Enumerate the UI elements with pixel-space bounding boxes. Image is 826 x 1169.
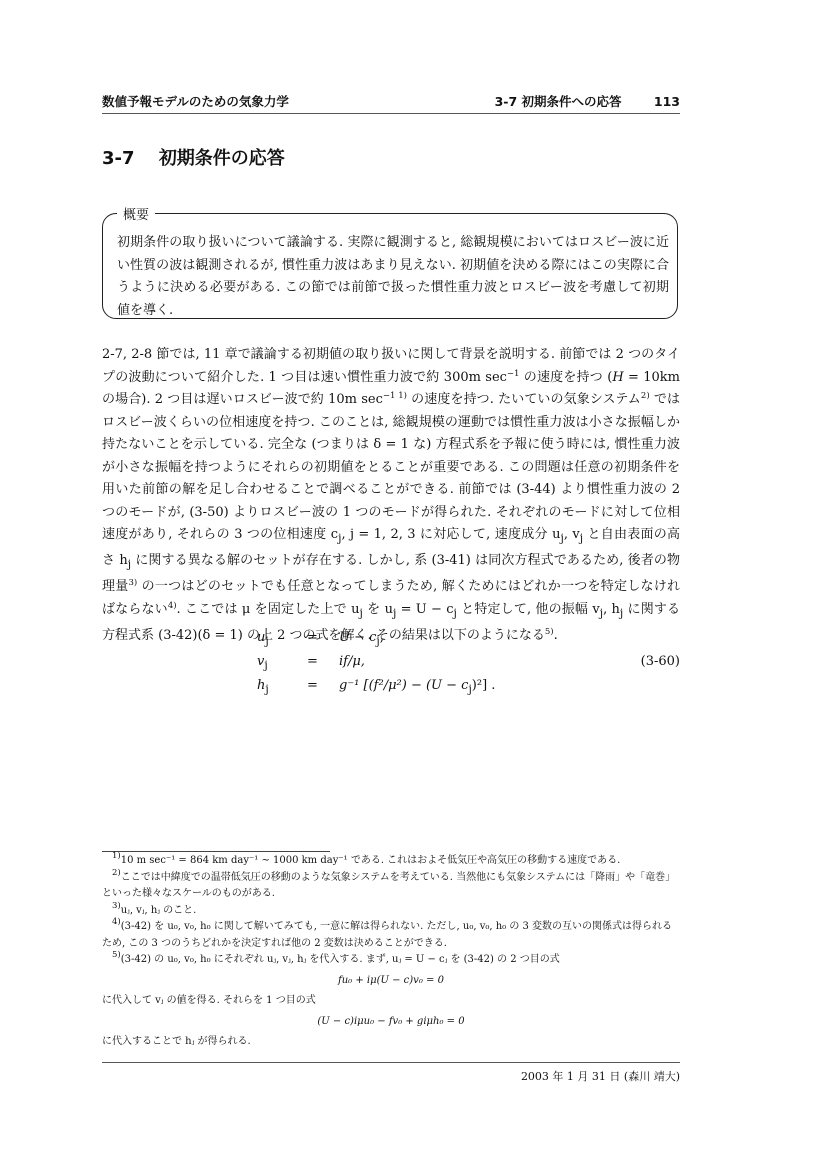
math-expression: (U − c)iμu₀ − fv₀ + giμh₀ = 0 [317, 1016, 464, 1027]
footnote-3: 3)uⱼ, vⱼ, hⱼ のこと. [102, 903, 680, 920]
footnote-text: 10 m sec⁻¹ = 864 km day⁻¹ ∼ 1000 km day⁻… [121, 855, 621, 866]
equation-row: hj = g⁻¹ [(f²/μ²) − (U − cj)²] . [102, 678, 680, 702]
footnote-mark-1[interactable]: −1 1) [383, 391, 407, 401]
footer-date: 2003 年 1 月 31 日 (森川 靖大) [521, 1068, 680, 1084]
footnotes: 1)10 m sec⁻¹ = 864 km day⁻¹ ∼ 1000 km da… [102, 853, 680, 1051]
footnote-equation-2: (U − c)iμu₀ − fv₀ + giμh₀ = 0 [102, 1014, 680, 1031]
footnote-mark-4[interactable]: 4) [168, 601, 177, 611]
header-rule [102, 113, 680, 114]
math-expression: if/μ, [339, 654, 365, 669]
equation-lhs: uj [257, 630, 297, 648]
math-expression: g⁻¹ [(f²/μ²) − (U − c [339, 678, 468, 693]
footnote-text: uⱼ, vⱼ, hⱼ のこと. [121, 905, 197, 916]
page-number: 113 [654, 94, 680, 109]
section-number: 3-7 [102, 148, 135, 169]
equation-row: vj = if/μ, (3-60) [102, 654, 680, 678]
text-run: , h [603, 602, 620, 617]
footnote-continuation: に代入することで hⱼ が得られる. [102, 1034, 680, 1051]
equation-rhs: g⁻¹ [(f²/μ²) − (U − cj)²] . [339, 678, 495, 696]
footnote-continuation: に代入して vⱼ の値を得る. それらを 1 つ目の式 [102, 993, 680, 1010]
math-symbol: H [612, 370, 623, 385]
footnote-2: 2)ここでは中緯度での温帯低気圧の移動のような気象システムを考えている. 当然他… [102, 870, 680, 903]
footer-rule [102, 1062, 680, 1063]
section-title: 初期条件の応答 [159, 148, 285, 169]
book-title: 数値予報モデルのための気象力学 [102, 92, 289, 110]
section-heading: 3-7 初期条件の応答 [102, 144, 285, 170]
footnote-rule [102, 851, 330, 852]
equation-row: uj = U − cj, [102, 630, 680, 654]
footnote-4: 4)(3-42) を u₀, v₀, h₀ に関して解いてみても, 一意に解は得… [102, 919, 680, 952]
equation-number: (3-60) [641, 654, 680, 669]
footnote-text: (3-42) を u₀, v₀, h₀ に関して解いてみても, 一意に解は得られ… [102, 921, 672, 949]
footnote-number: 4) [112, 917, 121, 927]
text-run: . ここでは μ を固定した上で u [177, 602, 360, 617]
body-paragraph: 2-7, 2-8 節では, 11 章で議論する初期値の取り扱いに関して背景を説明… [102, 344, 680, 647]
equals-sign: = [307, 630, 318, 645]
section-reference: 3-7 初期条件への応答 [495, 94, 622, 109]
footnote-number: 1) [112, 851, 121, 861]
footnote-number: 2) [112, 868, 121, 878]
text-run: , v [564, 527, 580, 542]
running-head-right: 3-7 初期条件への応答 113 [495, 92, 680, 110]
equation-lhs: hj [257, 678, 297, 696]
superscript: −1 [507, 369, 520, 379]
equation-rhs: if/μ, [339, 654, 365, 669]
footnote-text: (3-42) の u₀, v₀, h₀ にそれぞれ uⱼ, vⱼ, hⱼ を代入… [121, 954, 560, 965]
abstract-text: 初期条件の取り扱いについて議論する. 実際に観測すると, 総観規模においてはロス… [117, 232, 669, 322]
footnote-equation-1: fu₀ + iμ(U − c)v₀ = 0 [102, 973, 680, 990]
math-expression: fu₀ + iμ(U − c)v₀ = 0 [338, 975, 444, 986]
text-run: )²] . [472, 678, 496, 693]
subscript: j [265, 683, 268, 696]
equation-lhs: vj [257, 654, 297, 672]
footnote-5: 5)(3-42) の u₀, v₀, h₀ にそれぞれ uⱼ, vⱼ, hⱼ を… [102, 952, 680, 969]
footnote-number: 5) [112, 950, 121, 960]
footnote-text: ここでは中緯度での温帯低気圧の移動のような気象システムを考えている. 当然他にも… [102, 872, 675, 900]
text-run: ではロスビー波くらいの位相速度を持つ. このことは, 総観規模の運動では慣性重力… [102, 392, 680, 542]
footnote-1: 1)10 m sec⁻¹ = 864 km day⁻¹ ∼ 1000 km da… [102, 853, 680, 870]
equation-rhs: U − cj, [339, 630, 384, 648]
abstract-label: 概要 [117, 204, 155, 223]
equals-sign: = [307, 654, 318, 669]
math-expression: U − c [339, 630, 376, 645]
equation-3-60: uj = U − cj, vj = if/μ, (3-60) hj = g⁻¹ … [102, 630, 680, 702]
footnote-mark-2[interactable]: 2) [641, 391, 650, 401]
text-run: の速度を持つ. たいていの気象システム [407, 392, 641, 407]
text-run: と特定して, 他の振幅 v [457, 602, 600, 617]
text-run: , j = 1, 2, 3 に対応して, 速度成分 u [341, 527, 560, 542]
subscript: j [265, 635, 268, 648]
equals-sign: = [307, 678, 318, 693]
footnote-number: 3) [112, 901, 121, 911]
text-run: , [380, 630, 384, 645]
text-run: の速度を持つ ( [519, 370, 612, 385]
subscript: j [264, 659, 267, 672]
body-text: 2-7, 2-8 節では, 11 章で議論する初期値の取り扱いに関して背景を説明… [102, 344, 680, 647]
running-head: 数値予報モデルのための気象力学 3-7 初期条件への応答 113 [102, 92, 680, 112]
text-run: = U − c [396, 602, 453, 617]
footnote-mark-3[interactable]: 3) [129, 578, 138, 588]
text-run: を u [363, 602, 393, 617]
abstract-box: 概要 初期条件の取り扱いについて議論する. 実際に観測すると, 総観規模において… [102, 213, 678, 319]
